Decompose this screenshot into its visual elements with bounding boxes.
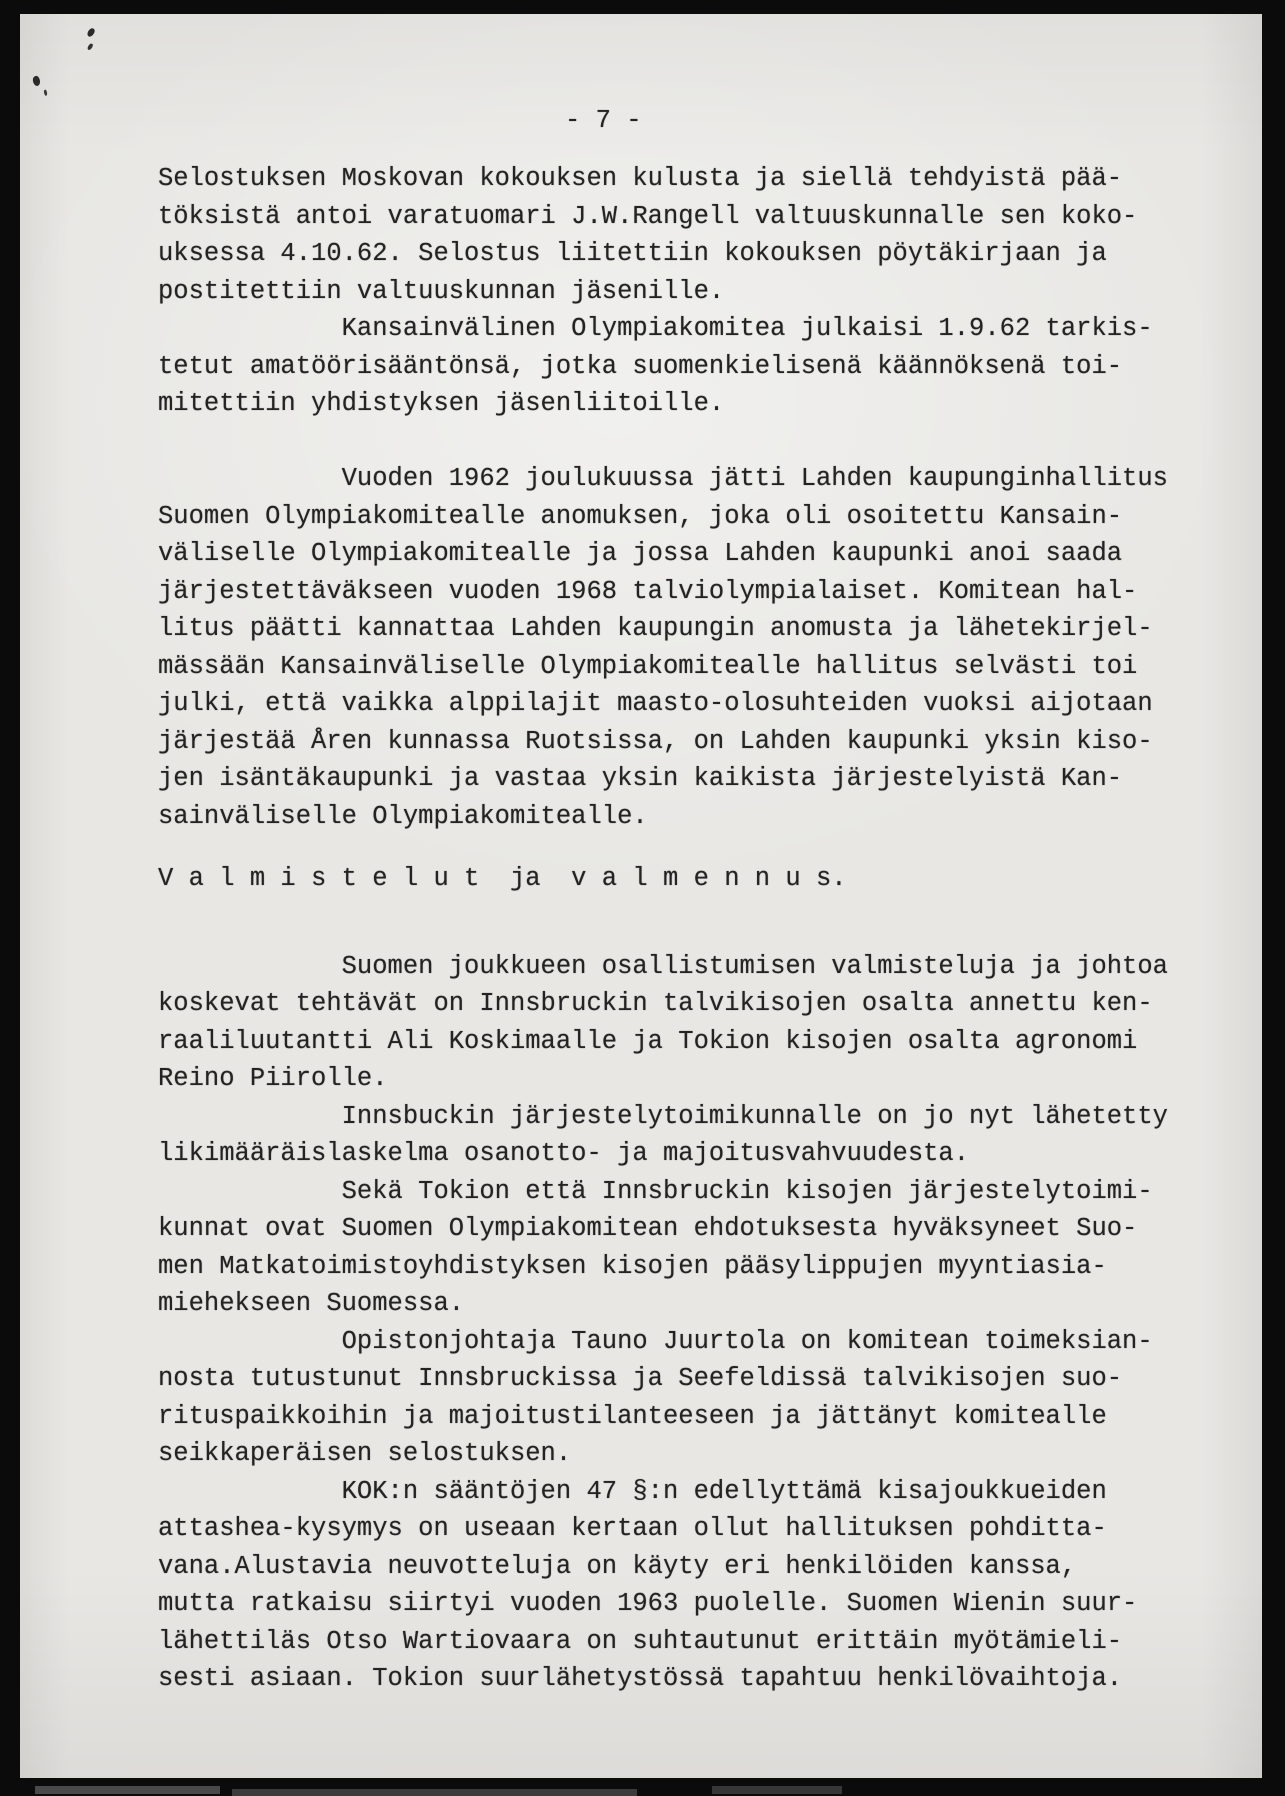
- scanner-edge-artifact: [232, 1789, 637, 1796]
- paragraph-preparations: Suomen joukkueen osallistumisen valmiste…: [158, 948, 1218, 1698]
- ink-speck: [32, 75, 42, 87]
- scanned-page: - 7 - Selostuksen Moskovan kokouksen kul…: [0, 0, 1285, 1796]
- ink-speck: [86, 27, 96, 38]
- section-heading-valmistelut-ja-valmennus: V a l m i s t e l u t ja v a l m e n n u…: [158, 860, 1218, 898]
- paper-sheet: - 7 - Selostuksen Moskovan kokouksen kul…: [20, 14, 1262, 1778]
- page-number: - 7 -: [565, 102, 642, 140]
- paragraph-moscow-report: Selostuksen Moskovan kokouksen kulusta j…: [158, 160, 1218, 423]
- document-body: Selostuksen Moskovan kokouksen kulusta j…: [158, 160, 1218, 1698]
- scanner-edge-artifact: [35, 1786, 220, 1794]
- scanner-edge-artifact: [712, 1786, 842, 1794]
- paragraph-lahti-1968-bid: Vuoden 1962 joulukuussa jätti Lahden kau…: [158, 460, 1218, 835]
